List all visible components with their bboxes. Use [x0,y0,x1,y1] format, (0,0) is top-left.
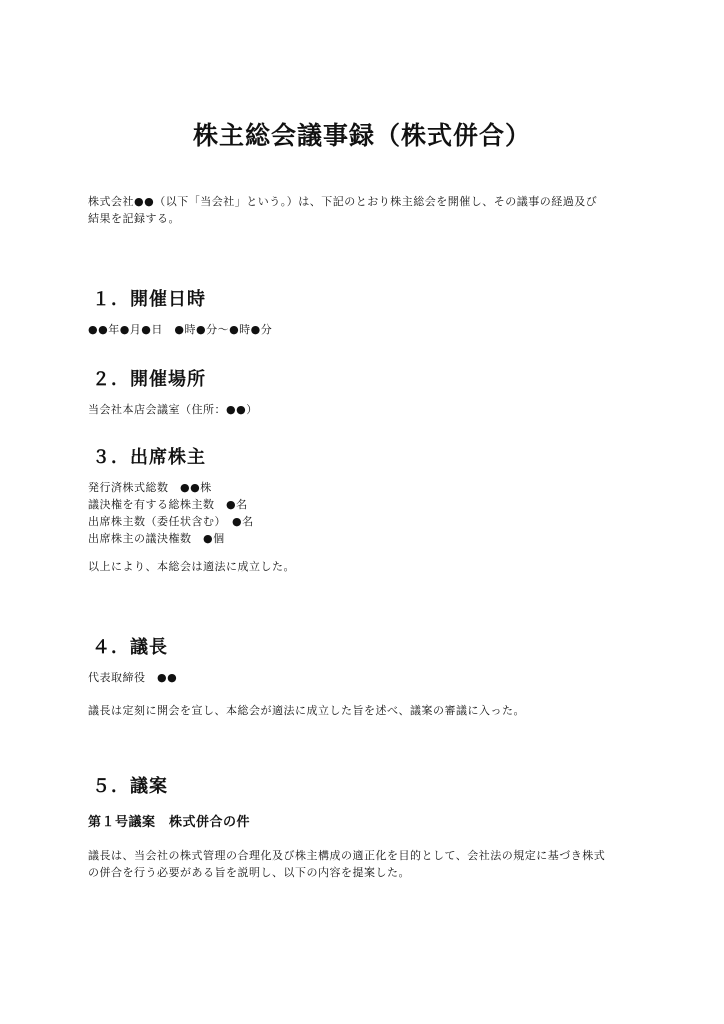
venue-value: 当会社本店会議室（住所：●●） [88,401,648,418]
agenda-item-title: 第１号議案 株式併合の件 [88,811,250,830]
attendance-closing: 以上により、本総会は適法に成立した。 [88,558,648,575]
section-body-chair: 代表取締役 ●● [88,669,648,686]
attendance-line: 発行済株式総数 ●●株 [88,479,648,496]
agenda-item-body: 議長は、当会社の株式管理の合理化及び株主構成の適正化を目的として、会社法の規定に… [88,847,648,881]
section-heading-chair: ４．議長 [92,633,168,659]
agenda-body-line: の併合を行う必要がある旨を説明し、以下の内容を提案した。 [88,864,648,881]
section-heading-datetime: １．開催日時 [92,285,206,311]
attendance-line: 出席株主の議決権数 ●個 [88,530,648,547]
section-body-attendance: 発行済株式総数 ●●株 議決権を有する総株主数 ●名 出席株主数（委任状含む） … [88,479,648,547]
chair-name: 代表取締役 ●● [88,669,648,686]
section-heading-attendance: ３．出席株主 [92,443,206,469]
section-body-venue: 当会社本店会議室（住所：●●） [88,401,648,418]
section-heading-agenda: ５．議案 [92,772,168,798]
document-title: 株主総会議事録（株式併合） [0,116,724,152]
intro-line: 結果を記録する。 [88,210,648,227]
intro-paragraph: 株式会社●●（以下「当会社」という。）は、下記のとおり株主総会を開催し、その議事… [88,193,648,227]
section-heading-venue: ２．開催場所 [92,365,206,391]
chair-closing: 議長は定刻に開会を宣し、本総会が適法に成立した旨を述べ、議案の審議に入った。 [88,702,648,719]
attendance-line: 議決権を有する総株主数 ●名 [88,496,648,513]
section-body-datetime: ●●年●月●日 ●時●分～●時●分 [88,321,648,338]
agenda-body-line: 議長は、当会社の株式管理の合理化及び株主構成の適正化を目的として、会社法の規定に… [88,847,648,864]
datetime-value: ●●年●月●日 ●時●分～●時●分 [88,321,648,338]
document-page: 株主総会議事録（株式併合） 株式会社●●（以下「当会社」という。）は、下記のとお… [0,0,724,1024]
attendance-line: 出席株主数（委任状含む） ●名 [88,513,648,530]
intro-line: 株式会社●●（以下「当会社」という。）は、下記のとおり株主総会を開催し、その議事… [88,193,648,210]
